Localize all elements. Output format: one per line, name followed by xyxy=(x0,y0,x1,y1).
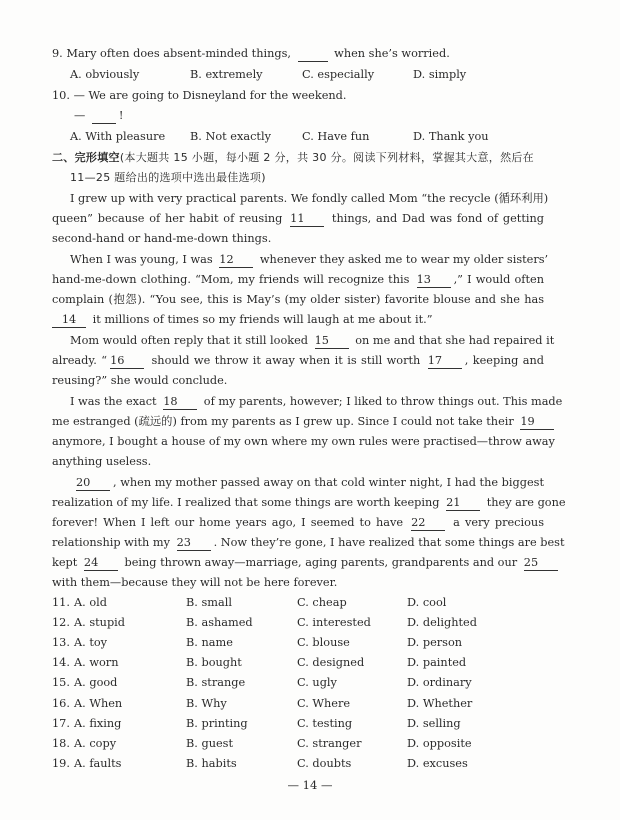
option-d: D. selling xyxy=(407,714,461,734)
option-c: C. testing xyxy=(297,714,352,734)
option-a: A. fixing xyxy=(74,714,121,734)
option-a: A. toy xyxy=(74,633,107,653)
option-a: A. With pleasure xyxy=(70,127,165,147)
blank-14: 14 xyxy=(52,313,86,328)
question-number: 18. xyxy=(52,734,70,754)
option-a: A. faults xyxy=(74,754,121,774)
option-d: D. Whether xyxy=(407,694,472,714)
option-c: C. stranger xyxy=(297,734,362,754)
passage-line: me estranged (疏远的) from my parents as I … xyxy=(52,412,544,432)
text: already. “ xyxy=(52,354,107,367)
option-d: D. excuses xyxy=(407,754,468,774)
option-a: A. When xyxy=(74,694,122,714)
passage-line: anything useless. xyxy=(52,452,151,472)
question-10-reply: — ! xyxy=(74,106,123,126)
blank-16: 16 xyxy=(110,354,144,369)
passage-line: realization of my life. I realized that … xyxy=(52,493,544,513)
option-d: D. simply xyxy=(413,65,466,85)
option-c: C. especially xyxy=(302,65,374,85)
blank-11: 11 xyxy=(290,212,324,227)
text: should we throw it away when it is still… xyxy=(152,354,421,367)
text: , keeping and xyxy=(465,354,544,367)
option-d: D. Thank you xyxy=(413,127,489,147)
text: they are gone xyxy=(487,496,566,509)
option-c: C. interested xyxy=(297,613,371,633)
answer-blank xyxy=(298,47,328,62)
option-c: C. Where xyxy=(297,694,350,714)
blank-17: 17 xyxy=(428,354,462,369)
text: kept xyxy=(52,556,77,569)
question-10: 10. — We are going to Disneyland for the… xyxy=(52,86,347,106)
question-number: 12. xyxy=(52,613,70,633)
text: realization of my life. I realized that … xyxy=(52,496,440,509)
option-a: A. good xyxy=(74,673,117,693)
passage-line: already. “16 should we throw it away whe… xyxy=(52,351,544,371)
page-number: — 14 — xyxy=(0,778,620,792)
passage-line: Mom would often reply that it still look… xyxy=(70,331,544,351)
question-number: 19. xyxy=(52,754,70,774)
blank-22: 22 xyxy=(411,516,445,531)
option-b: B. Not exactly xyxy=(190,127,271,147)
text: being thrown away—marriage, aging parent… xyxy=(125,556,518,569)
passage-line: second-hand or hand-me-down things. xyxy=(52,229,271,249)
text: Mom would often reply that it still look… xyxy=(70,334,308,347)
exclamation: ! xyxy=(119,109,124,122)
option-b: B. bought xyxy=(186,653,242,673)
answer-blank xyxy=(92,109,116,124)
question-text: Mary often does absent-minded things, xyxy=(66,47,291,60)
passage-line: I grew up with very practical parents. W… xyxy=(70,189,544,209)
passage-line: forever! When I left our home years ago,… xyxy=(52,513,544,533)
passage-line: anymore, I bought a house of my own wher… xyxy=(52,432,544,452)
blank-20: 20 xyxy=(76,476,110,491)
question-number: 10. xyxy=(52,89,70,102)
question-number: 14. xyxy=(52,653,70,673)
option-d: D. ordinary xyxy=(407,673,472,693)
blank-24: 24 xyxy=(84,556,118,571)
option-b: B. small xyxy=(186,593,232,613)
section-instructions: 11—25 题给出的选项中选出最佳选项) xyxy=(70,171,266,184)
section-heading: 二、完形填空(本大题共 15 小题，每小题 2 分，共 30 分。阅读下列材料，… xyxy=(52,148,534,168)
text: of my parents, however; I liked to throw… xyxy=(204,395,563,408)
option-d: D. opposite xyxy=(407,734,472,754)
passage-line: queen” because of her habit of reusing 1… xyxy=(52,209,544,229)
text: When I was young, I was xyxy=(70,253,213,266)
passage-line: reusing?” she would conclude. xyxy=(52,371,227,391)
option-d: D. cool xyxy=(407,593,446,613)
question-number: 9. xyxy=(52,47,63,60)
text: ,” I would often xyxy=(454,273,544,286)
dash: — xyxy=(74,109,85,122)
option-a: A. stupid xyxy=(74,613,125,633)
blank-19: 19 xyxy=(520,415,554,430)
question-text: when she’s worried. xyxy=(334,47,450,60)
text: me estranged (疏远的) from my parents as I … xyxy=(52,415,514,428)
option-b: B. guest xyxy=(186,734,233,754)
blank-18: 18 xyxy=(163,395,197,410)
option-c: C. blouse xyxy=(297,633,350,653)
option-d: D. delighted xyxy=(407,613,477,633)
text: hand-me-down clothing. “Mom, my friends … xyxy=(52,273,409,286)
text: . Now they’re gone, I have realized that… xyxy=(214,536,565,549)
option-d: D. person xyxy=(407,633,462,653)
blank-15: 15 xyxy=(315,334,349,349)
option-b: B. strange xyxy=(186,673,245,693)
passage-line: complain (抱怨). “You see, this is May’s (… xyxy=(52,290,544,310)
text: it millions of times so my friends will … xyxy=(93,313,433,326)
option-a: A. copy xyxy=(74,734,116,754)
option-b: B. Why xyxy=(186,694,227,714)
question-number: 17. xyxy=(52,714,70,734)
passage-line: kept 24 being thrown away—marriage, agin… xyxy=(52,553,544,573)
text: queen” because of her habit of reusing xyxy=(52,212,282,225)
question-number: 15. xyxy=(52,673,70,693)
text: , when my mother passed away on that col… xyxy=(113,476,544,489)
option-b: B. ashamed xyxy=(186,613,253,633)
option-a: A. worn xyxy=(74,653,119,673)
text: forever! When I left our home years ago,… xyxy=(52,516,403,529)
text: I was the exact xyxy=(70,395,157,408)
option-b: B. extremely xyxy=(190,65,263,85)
question-number: 11. xyxy=(52,593,70,613)
blank-25: 25 xyxy=(524,556,558,571)
blank-13: 13 xyxy=(417,273,451,288)
option-d: D. painted xyxy=(407,653,466,673)
option-b: B. printing xyxy=(186,714,248,734)
option-a: A. old xyxy=(74,593,107,613)
passage-line: 14 it millions of times so my friends wi… xyxy=(52,310,433,330)
question-text: — We are going to Disneyland for the wee… xyxy=(74,89,347,102)
option-b: B. name xyxy=(186,633,233,653)
text: whenever they asked me to wear my older … xyxy=(260,253,548,266)
option-c: C. designed xyxy=(297,653,364,673)
passage-line: relationship with my 23. Now they’re gon… xyxy=(52,533,544,553)
passage-line: 20, when my mother passed away on that c… xyxy=(76,473,544,493)
option-c: C. ugly xyxy=(297,673,337,693)
passage-line: with them—because they will not be here … xyxy=(52,573,337,593)
question-number: 16. xyxy=(52,694,70,714)
option-c: C. cheap xyxy=(297,593,347,613)
text: a very precious xyxy=(453,516,544,529)
text: relationship with my xyxy=(52,536,170,549)
option-c: C. doubts xyxy=(297,754,351,774)
passage-line: I was the exact 18 of my parents, howeve… xyxy=(70,392,544,412)
text: on me and that she had repaired it xyxy=(355,334,554,347)
section-instructions-cont: 11—25 题给出的选项中选出最佳选项) xyxy=(70,168,266,188)
exam-page: 9. Mary often does absent-minded things,… xyxy=(0,0,620,820)
section-instructions: (本大题共 15 小题，每小题 2 分，共 30 分。阅读下列材料，掌握其大意，… xyxy=(120,151,534,164)
option-b: B. habits xyxy=(186,754,237,774)
blank-21: 21 xyxy=(446,496,480,511)
blank-23: 23 xyxy=(177,536,211,551)
blank-12: 12 xyxy=(219,253,253,268)
question-9: 9. Mary often does absent-minded things,… xyxy=(52,44,450,64)
option-a: A. obviously xyxy=(70,65,139,85)
question-number: 13. xyxy=(52,633,70,653)
passage-line: When I was young, I was 12 whenever they… xyxy=(70,250,544,270)
section-title: 二、完形填空 xyxy=(52,151,120,164)
option-c: C. Have fun xyxy=(302,127,369,147)
text: things, and Dad was fond of getting xyxy=(332,212,544,225)
passage-line: hand-me-down clothing. “Mom, my friends … xyxy=(52,270,544,290)
